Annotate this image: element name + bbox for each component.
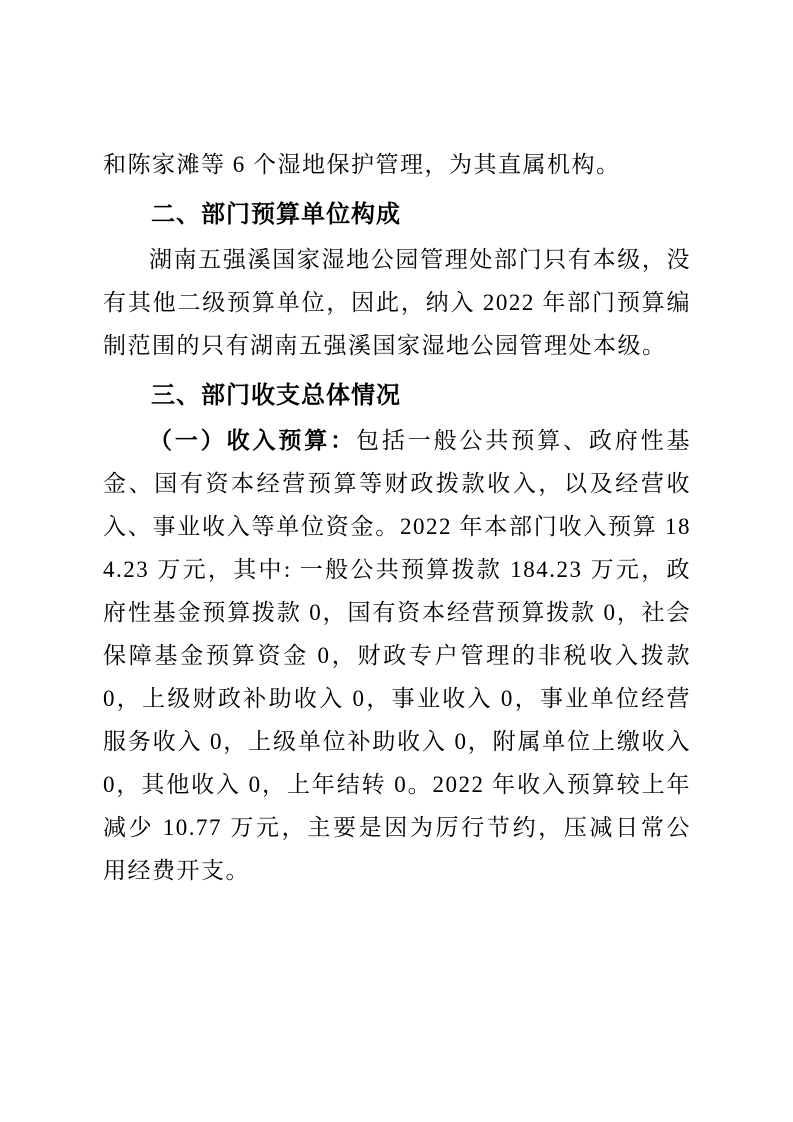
document-page: 和陈家滩等 6 个湿地保护管理，为其直属机构。 二、部门预算单位构成 湖南五强溪… [0, 0, 793, 1122]
section-heading-budget-unit-composition: 二、部门预算单位构成 [103, 193, 691, 236]
section-heading-overall-revenue-expenditure: 三、部门收支总体情况 [103, 374, 691, 417]
subsection-label-revenue-budget: （一）收入预算： [149, 428, 356, 453]
subsection-body-revenue-budget: 包括一般公共预算、政府性基金、国有资本经营预算等财政拨款收入，以及经营收入、事业… [103, 428, 691, 883]
paragraph-intro-continuation: 和陈家滩等 6 个湿地保护管理，为其直属机构。 [103, 143, 691, 186]
paragraph-revenue-budget: （一）收入预算：包括一般公共预算、政府性基金、国有资本经营预算等财政拨款收入，以… [103, 419, 691, 892]
paragraph-budget-unit-composition: 湖南五强溪国家湿地公园管理处部门只有本级，没有其他二级预算单位，因此，纳入 20… [103, 238, 691, 367]
